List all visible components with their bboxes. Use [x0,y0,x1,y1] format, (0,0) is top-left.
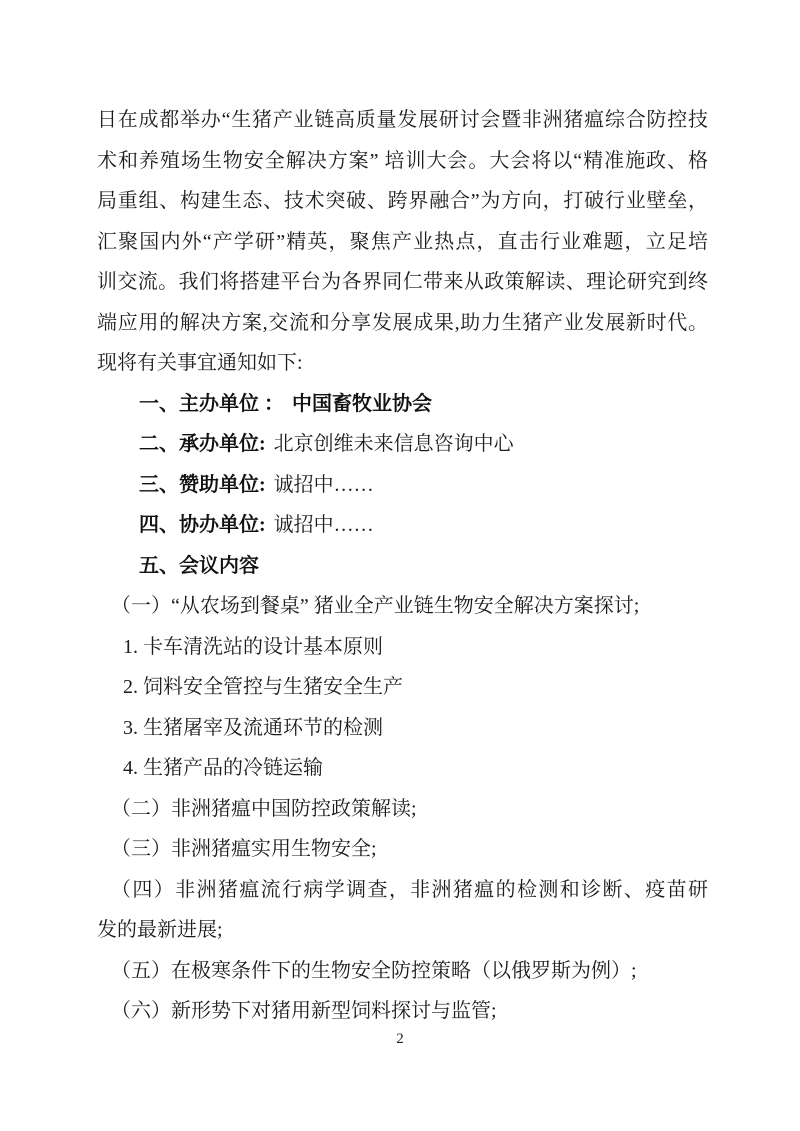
agenda-line: 3. 生猪屠宰及流通环节的检测 [97,708,708,749]
intro-line: 现将有关事宜通知如下: [97,343,708,384]
org-label: 四、协办单位: [139,514,266,536]
agenda-line: 1. 卡车清洗站的设计基本原则 [97,627,708,668]
agenda-line: （三）非洲猪瘟实用生物安全; [97,829,708,870]
document-body: 日在成都举办“生猪产业链高质量发展研讨会暨非洲猪瘟综合防控技 术和养殖场生物安全… [97,100,708,1032]
org-label: 二、承办单位: [139,433,266,455]
org-item-host: 一、主办单位 ：中国畜牧业协会 [97,384,708,425]
org-item-sponsor: 三、赞助单位:诚招中…… [97,465,708,506]
intro-line: 术和养殖场生物安全解决方案” 培训大会。大会将以“精准施政、格 [97,141,708,182]
agenda-line: （二）非洲猪瘟中国防控政策解读; [97,789,708,830]
agenda-line: 2. 饲料安全管控与生猪安全生产 [97,667,708,708]
intro-line: 汇聚国内外“产学研”精英，聚焦产业热点，直击行业难题，立足培 [97,222,708,263]
agenda-line: （一）“从农场到餐桌” 猪业全产业链生物安全解决方案探讨; [97,586,708,627]
agenda-line: 4. 生猪产品的冷链运输 [97,748,708,789]
org-item-co-organizer: 四、协办单位:诚招中…… [97,505,708,546]
org-value: 诚招中…… [274,474,374,496]
org-value: 中国畜牧业协会 [292,393,432,415]
intro-line: 端应用的解决方案,交流和分享发展成果,助力生猪产业发展新时代。 [97,303,708,344]
org-label: 一、主办单位 ： [139,393,284,415]
org-value: 北京创维未来信息咨询中心 [274,433,514,455]
org-value: 诚招中…… [274,514,374,536]
agenda-line: （四）非洲猪瘟流行病学调查，非洲猪瘟的检测和诊断、疫苗研 [97,870,708,911]
intro-line: 局重组、构建生态、技术突破、跨界融合”为方向，打破行业壁垒， [97,181,708,222]
agenda-line: 发的最新进展; [97,910,708,951]
intro-line: 训交流。我们将搭建平台为各界同仁带来从政策解读、理论研究到终 [97,262,708,303]
document-page: 日在成都举办“生猪产业链高质量发展研讨会暨非洲猪瘟综合防控技 术和养殖场生物安全… [0,0,800,1131]
page-number: 2 [0,1025,800,1053]
intro-line: 日在成都举办“生猪产业链高质量发展研讨会暨非洲猪瘟综合防控技 [97,100,708,141]
agenda-line: （五）在极寒条件下的生物安全防控策略（以俄罗斯为例）; [97,951,708,992]
section-heading-agenda: 五、会议内容 [97,546,708,587]
org-item-organizer: 二、承办单位:北京创维未来信息咨询中心 [97,424,708,465]
org-label: 三、赞助单位: [139,474,266,496]
